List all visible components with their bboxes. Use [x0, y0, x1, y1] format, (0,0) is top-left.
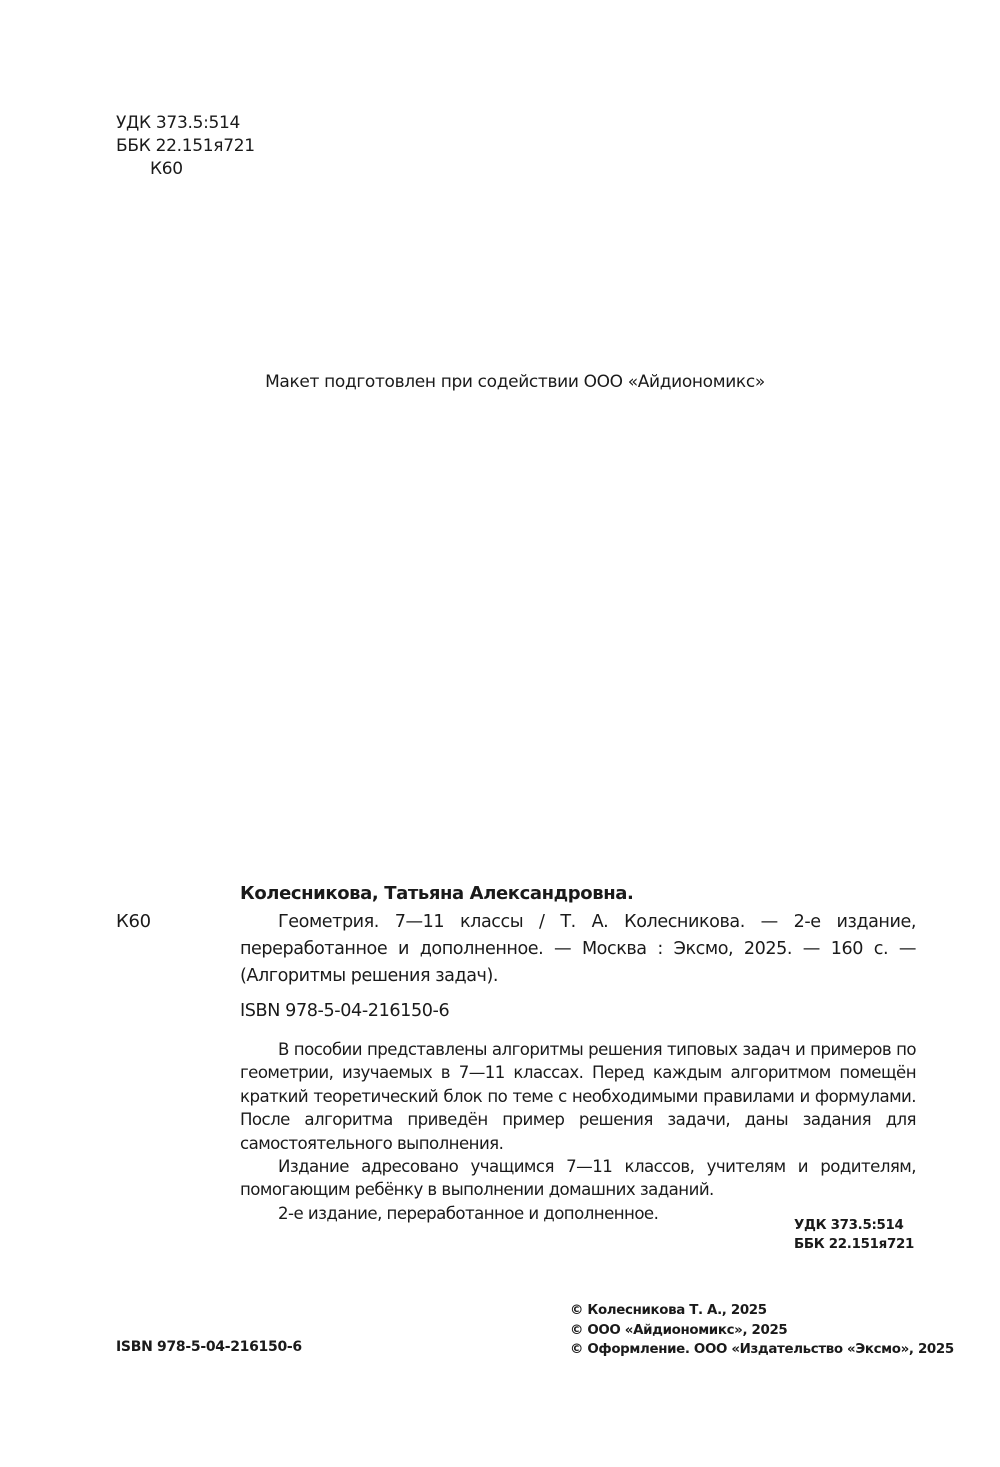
copyright-line: © Колесникова Т. А., 2025: [570, 1301, 954, 1321]
bibliographic-description: Геометрия. 7—11 классы / Т. А. Колеснико…: [240, 909, 916, 990]
bbk-code: ББК 22.151я721: [116, 135, 255, 158]
classification-block-top: УДК 373.5:514 ББК 22.151я721 К60: [116, 112, 255, 181]
copyright-line: © Оформление. ООО «Издательство «Эксмо»,…: [570, 1340, 954, 1360]
author-mark: К60: [116, 158, 255, 181]
annotation-paragraph: В пособии представлены алгоритмы решения…: [240, 1038, 916, 1155]
record-author-mark: К60: [116, 911, 151, 932]
annotation-paragraph: Издание адресовано учащимся 7—11 классов…: [240, 1155, 916, 1202]
copyright-line: © ООО «Айдиономикс», 2025: [570, 1321, 954, 1341]
isbn-bottom: ISBN 978-5-04-216150-6: [116, 1339, 302, 1355]
author-heading: Колесникова, Татьяна Александровна.: [240, 883, 633, 904]
copyright-block: © Колесникова Т. А., 2025 © ООО «Айдионо…: [570, 1301, 954, 1360]
layout-credit: Макет подготовлен при содействии ООО «Ай…: [0, 372, 1000, 392]
annotation: В пособии представлены алгоритмы решения…: [240, 1038, 916, 1225]
bbk-code: ББК 22.151я721: [794, 1235, 914, 1254]
record-isbn: ISBN 978-5-04-216150-6: [240, 1001, 449, 1021]
udk-code: УДК 373.5:514: [794, 1216, 914, 1235]
classification-block-bottom: УДК 373.5:514 ББК 22.151я721: [794, 1216, 914, 1254]
udk-code: УДК 373.5:514: [116, 112, 255, 135]
